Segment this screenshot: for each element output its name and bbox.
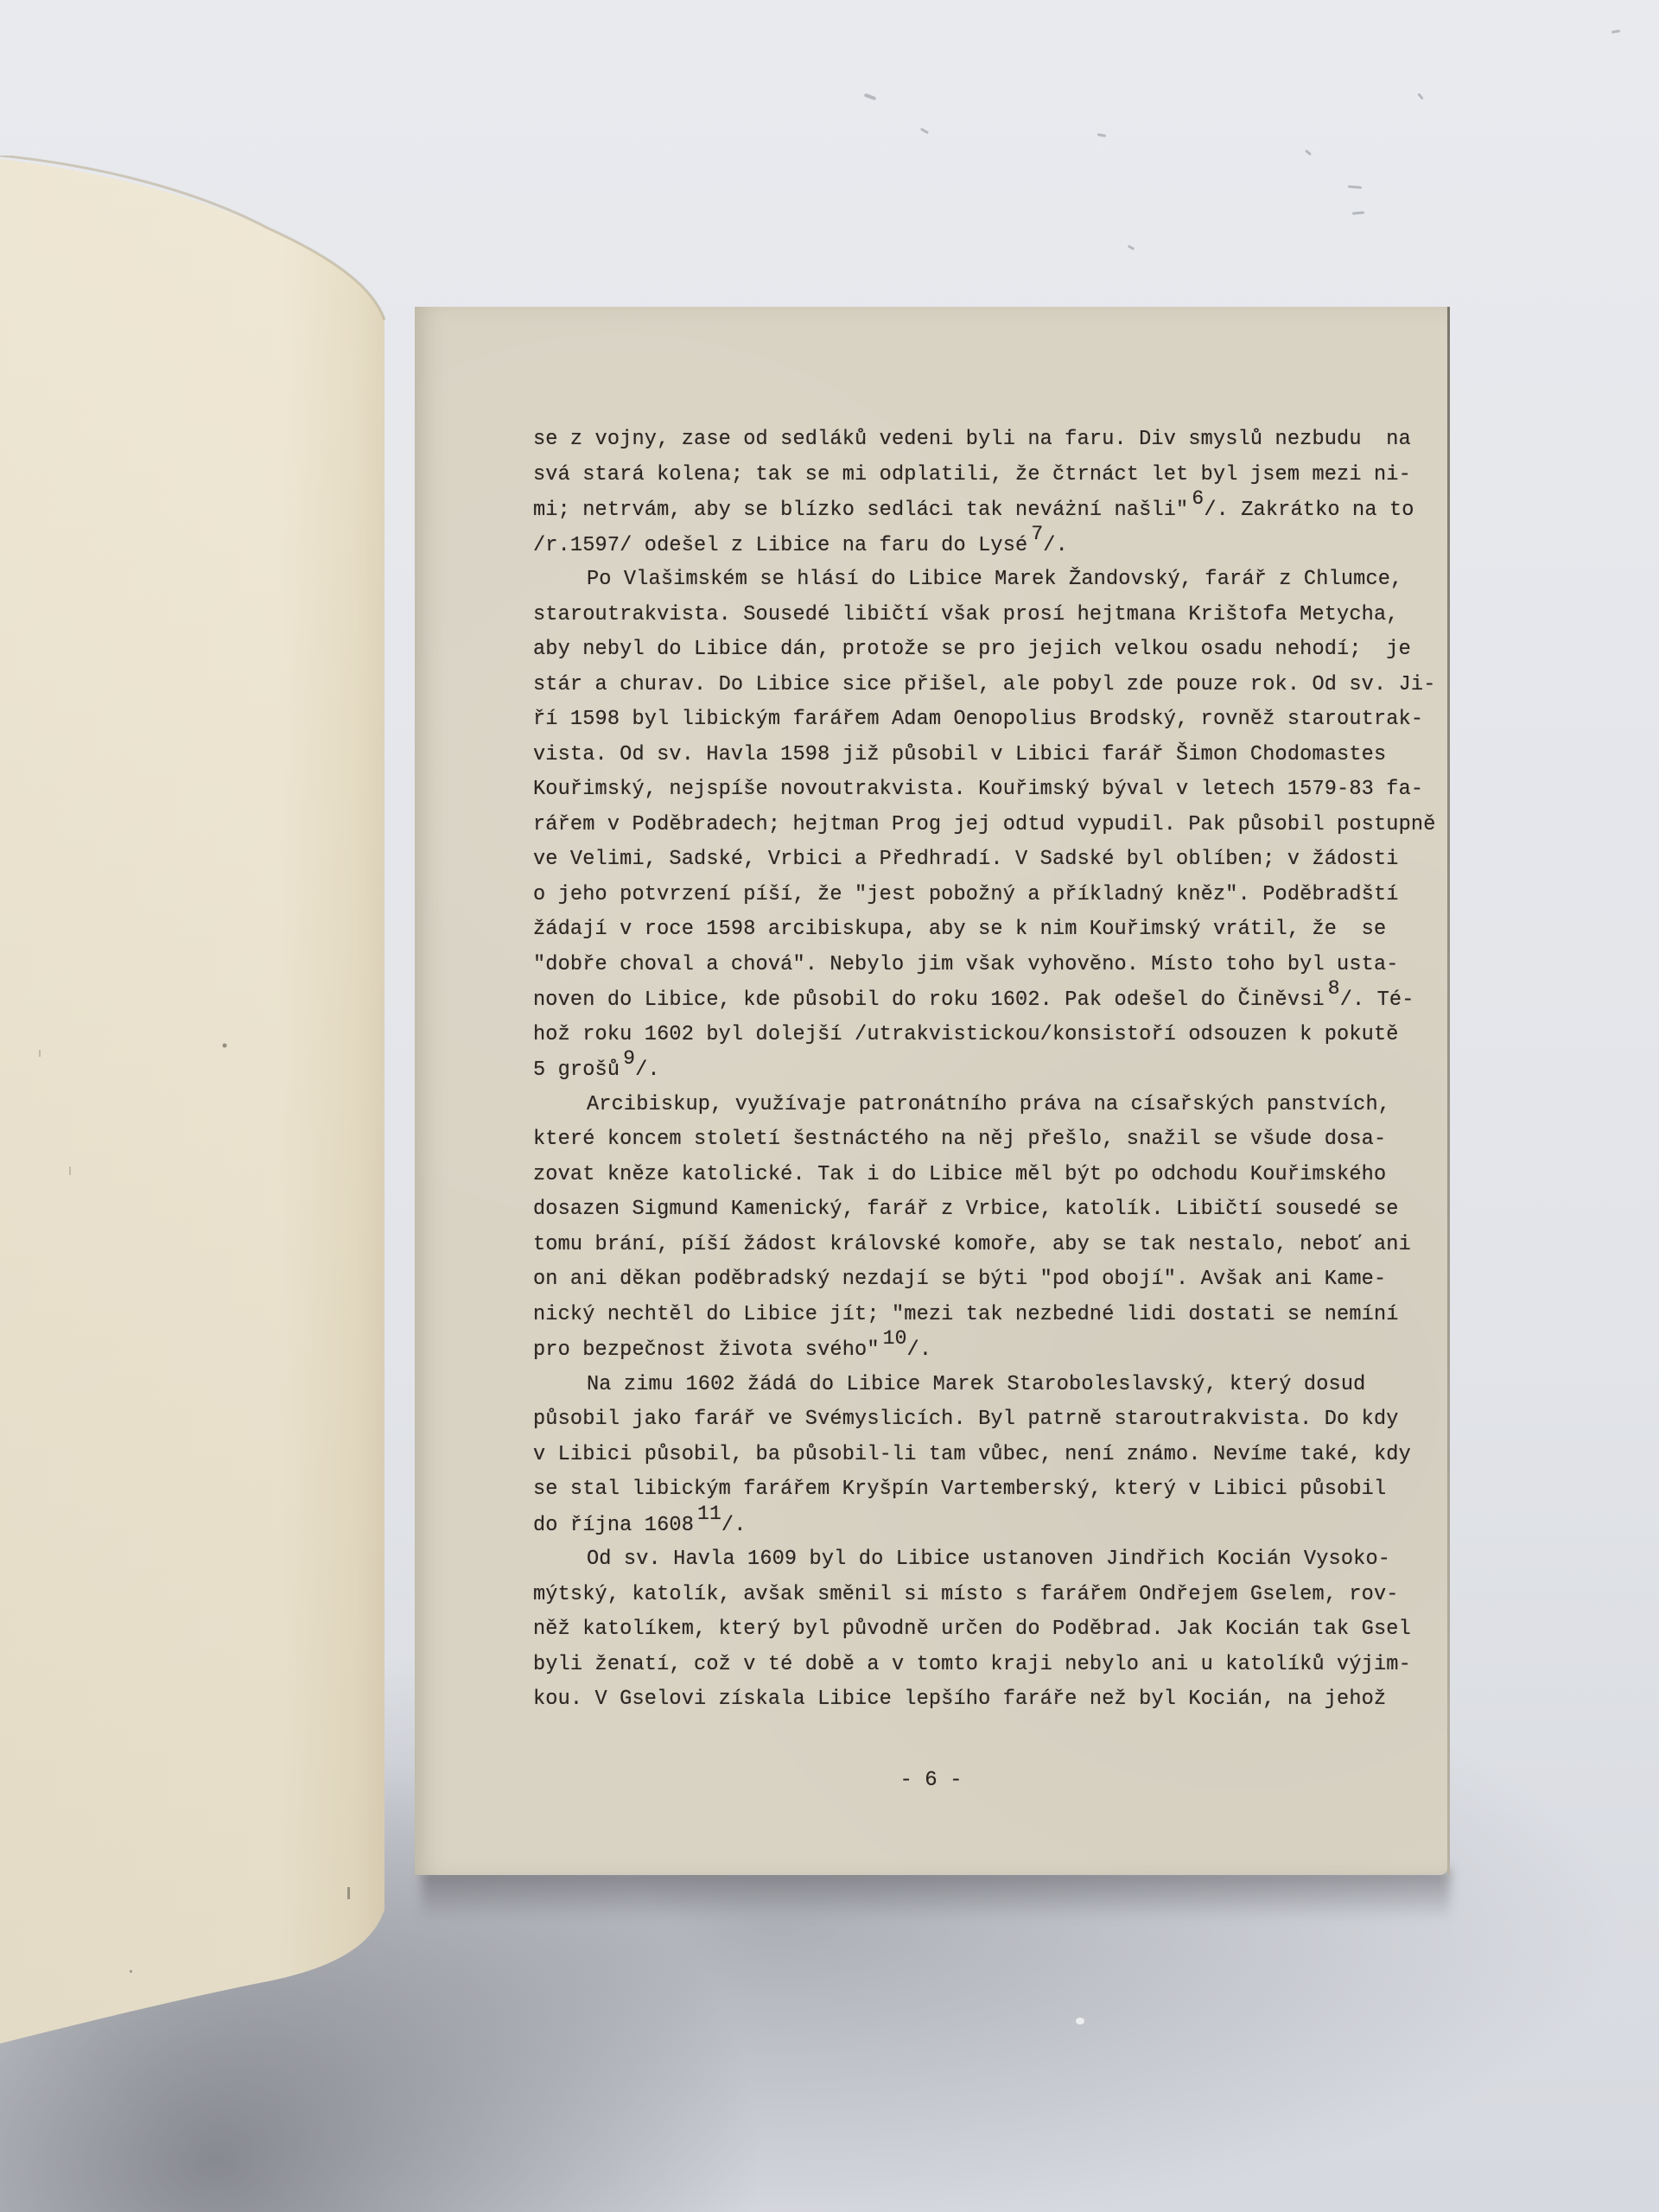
line-text: /r.1597/ odešel z Libice na faru do Lysé <box>533 534 1027 557</box>
text-line: rářem v Poděbradech; hejtman Prog jej od… <box>533 808 1397 843</box>
text-line: ří 1598 byl libickým farářem Adam Oenopo… <box>533 702 1397 738</box>
line-text: pro bezpečnost života svého" <box>533 1338 880 1362</box>
text-line: do října 160811/. <box>533 1508 1397 1543</box>
text-line: nický nechtěl do Libice jít; "mezi tak n… <box>533 1298 1397 1333</box>
line-text: zovat kněze katolické. Tak i do Libice m… <box>533 1163 1386 1186</box>
footnote-marker: 8 <box>1328 977 1340 1000</box>
line-text: nický nechtěl do Libice jít; "mezi tak n… <box>533 1303 1399 1326</box>
left-page-shape <box>0 156 423 2052</box>
line-text: stár a churav. Do Libice sice přišel, al… <box>533 673 1436 696</box>
text-line: svá stará kolena; tak se mi odplatili, ž… <box>533 458 1397 493</box>
text-line: něž katolíkem, který byl původně určen d… <box>533 1612 1397 1648</box>
line-text: do října 1608 <box>533 1514 694 1537</box>
line-text: on ani děkan poděbradský nezdají se býti… <box>533 1268 1386 1291</box>
line-text: žádají v roce 1598 arcibiskupa, aby se k… <box>533 918 1386 941</box>
line-text-after-footnote: /. <box>721 1514 747 1537</box>
text-line: pro bezpečnost života svého"10/. <box>533 1332 1397 1368</box>
text-line: o jeho potvrzení píší, že "jest pobožný … <box>533 878 1397 913</box>
line-text: tomu brání, píší žádost královské komoře… <box>533 1233 1411 1256</box>
text-line: on ani děkan poděbradský nezdají se býti… <box>533 1262 1397 1298</box>
text-line: kou. V Gselovi získala Libice lepšího fa… <box>533 1682 1397 1718</box>
text-line: ve Velimi, Sadské, Vrbici a Předhradí. V… <box>533 842 1397 878</box>
text-line: mýtský, katolík, avšak směnil si místo s… <box>533 1578 1397 1613</box>
line-text: působil jako farář ve Svémyslicích. Byl … <box>533 1408 1399 1431</box>
footnote-marker: 9 <box>623 1047 635 1070</box>
line-text: vista. Od sv. Havla 1598 již působil v L… <box>533 743 1386 766</box>
line-text: rářem v Poděbradech; hejtman Prog jej od… <box>533 813 1436 836</box>
line-text-after-footnote: /. Té- <box>1340 988 1414 1012</box>
line-text: Na zimu 1602 žádá do Libice Marek Starob… <box>587 1373 1365 1396</box>
paragraph-first-line: Od sv. Havla 1609 byl do Libice ustanove… <box>533 1542 1397 1578</box>
text-line: 5 grošů9/. <box>533 1052 1397 1088</box>
text-line: staroutrakvista. Sousedé libičtí však pr… <box>533 598 1397 633</box>
text-line: stár a churav. Do Libice sice přišel, al… <box>533 668 1397 703</box>
line-text: byli ženatí, což v té době a v tomto kra… <box>533 1653 1411 1676</box>
line-text-after-footnote: /. <box>1043 534 1068 557</box>
text-line: byli ženatí, což v té době a v tomto kra… <box>533 1648 1397 1683</box>
left-page <box>0 156 423 2052</box>
line-text: 5 grošů <box>533 1058 620 1082</box>
background-speck <box>1076 2018 1084 2024</box>
line-text: něž katolíkem, který byl původně určen d… <box>533 1618 1411 1641</box>
line-text: mýtský, katolík, avšak směnil si místo s… <box>533 1583 1399 1606</box>
line-text: dosazen Sigmund Kamenický, farář z Vrbic… <box>533 1198 1399 1221</box>
right-page-edge <box>1447 307 1450 1875</box>
line-text: ří 1598 byl libickým farářem Adam Oenopo… <box>533 708 1423 731</box>
line-text: v Libici působil, ba působil-li tam vůbe… <box>533 1443 1411 1466</box>
text-line: tomu brání, píší žádost královské komoře… <box>533 1228 1397 1263</box>
text-line: v Libici působil, ba působil-li tam vůbe… <box>533 1438 1397 1473</box>
line-text-after-footnote: /. <box>907 1338 932 1362</box>
text-line: dosazen Sigmund Kamenický, farář z Vrbic… <box>533 1192 1397 1228</box>
line-text: Kouřimský, nejspíše novoutrakvista. Kouř… <box>533 778 1423 801</box>
line-text: Od sv. Havla 1609 byl do Libice ustanove… <box>587 1548 1390 1571</box>
text-line: působil jako farář ve Svémyslicích. Byl … <box>533 1402 1397 1438</box>
line-text: Po Vlašimském se hlásí do Libice Marek Ž… <box>587 568 1402 591</box>
page-number: - 6 - <box>415 1769 1447 1792</box>
line-text: svá stará kolena; tak se mi odplatili, ž… <box>533 463 1411 486</box>
line-text: o jeho potvrzení píší, že "jest pobožný … <box>533 883 1399 906</box>
text-line: se stal libickým farářem Kryšpín Vartemb… <box>533 1472 1397 1508</box>
line-text: noven do Libice, kde působil do roku 160… <box>533 988 1325 1012</box>
text-line: mi; netrvám, aby se blízko sedláci tak n… <box>533 493 1397 528</box>
line-text-after-footnote: /. Zakrátko na to <box>1204 499 1414 522</box>
line-text: se z vojny, zase od sedláků vedeni byli … <box>533 428 1411 451</box>
line-text: aby nebyl do Libice dán, protože se pro … <box>533 638 1411 661</box>
footnote-marker: 11 <box>697 1503 721 1525</box>
line-text-after-footnote: /. <box>635 1058 660 1082</box>
text-line: hož roku 1602 byl dolejší /utrakvisticko… <box>533 1018 1397 1053</box>
text-line: se z vojny, zase od sedláků vedeni byli … <box>533 423 1397 458</box>
line-text: hož roku 1602 byl dolejší /utrakvisticko… <box>533 1023 1399 1046</box>
right-page-shadow <box>422 1868 1450 1920</box>
line-text: Arcibiskup, využívaje patronátního práva… <box>587 1093 1390 1116</box>
text-line: /r.1597/ odešel z Libice na faru do Lysé… <box>533 528 1397 563</box>
line-text: mi; netrvám, aby se blízko sedláci tak n… <box>533 499 1188 522</box>
paragraph-first-line: Na zimu 1602 žádá do Libice Marek Starob… <box>533 1368 1397 1403</box>
footnote-marker: 10 <box>883 1327 907 1350</box>
text-line: noven do Libice, kde působil do roku 160… <box>533 982 1397 1018</box>
text-line: které koncem století šestnáctého na něj … <box>533 1122 1397 1158</box>
line-text: staroutrakvista. Sousedé libičtí však pr… <box>533 603 1399 626</box>
paragraph-first-line: Po Vlašimském se hlásí do Libice Marek Ž… <box>533 563 1397 598</box>
line-text: ve Velimi, Sadské, Vrbici a Předhradí. V… <box>533 848 1399 871</box>
text-line: zovat kněze katolické. Tak i do Libice m… <box>533 1158 1397 1193</box>
text-line: vista. Od sv. Havla 1598 již působil v L… <box>533 738 1397 773</box>
line-text: se stal libickým farářem Kryšpín Vartemb… <box>533 1478 1386 1501</box>
text-line: "dobře choval a chová". Nebylo jim však … <box>533 948 1397 983</box>
typewritten-text-body: se z vojny, zase od sedláků vedeni byli … <box>533 423 1397 1718</box>
text-line: aby nebyl do Libice dán, protože se pro … <box>533 632 1397 668</box>
footnote-marker: 7 <box>1031 523 1043 545</box>
line-text: "dobře choval a chová". Nebylo jim však … <box>533 953 1399 976</box>
text-line: žádají v roce 1598 arcibiskupa, aby se k… <box>533 912 1397 948</box>
right-page: se z vojny, zase od sedláků vedeni byli … <box>415 307 1447 1875</box>
line-text: které koncem století šestnáctého na něj … <box>533 1128 1386 1151</box>
footnote-marker: 6 <box>1192 487 1204 510</box>
text-line: Kouřimský, nejspíše novoutrakvista. Kouř… <box>533 772 1397 808</box>
line-text: kou. V Gselovi získala Libice lepšího fa… <box>533 1688 1386 1711</box>
paragraph-first-line: Arcibiskup, využívaje patronátního práva… <box>533 1088 1397 1123</box>
